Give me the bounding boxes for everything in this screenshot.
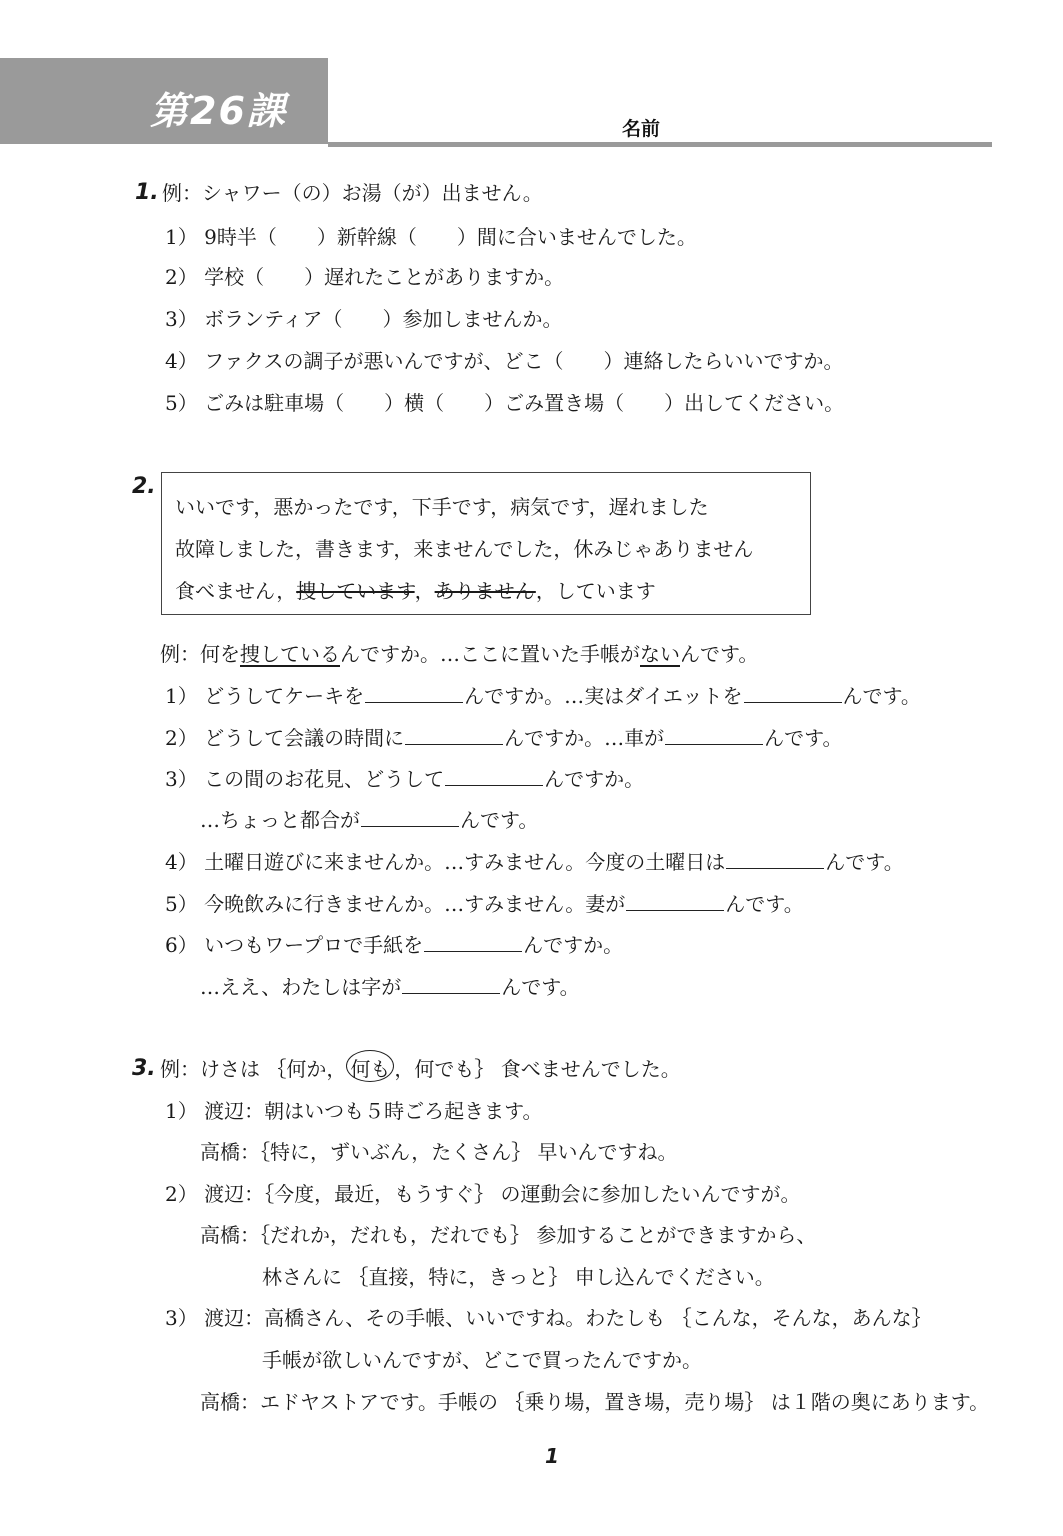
section3-item-3-line-3[interactable]: 高橋：エドヤストアです。手帳の ｛乗り場，置き場，売り場｝ は１階の奥にあります… bbox=[200, 1389, 989, 1415]
section2-example: 例：何を捜しているんですか。…ここに置いた手帳がないんです。 bbox=[160, 641, 758, 667]
section2-item-3: 3） この間のお花見、どうしてんですか。 bbox=[165, 765, 644, 792]
answer-blank[interactable] bbox=[361, 806, 459, 827]
word-box-line-1: いいです，悪かったです，下手です，病気です，遅れました bbox=[175, 494, 709, 520]
section1-item-5[interactable]: 5） ごみは駐車場（ ）横（ ）ごみ置き場（ ）出してください。 bbox=[165, 390, 844, 416]
section2-item-5: 5） 今晩飲みに行きませんか。…すみません。妻がんです。 bbox=[165, 890, 804, 917]
section1-item-2[interactable]: 2） 学校（ ）遅れたことがありますか。 bbox=[165, 264, 564, 290]
section3-item-3-line-2[interactable]: 手帳が欲しいんですが、どこで買ったんですか。 bbox=[262, 1347, 702, 1373]
answer-blank[interactable] bbox=[726, 848, 824, 869]
section2-number: 2. bbox=[132, 474, 156, 499]
word-box-line-3: 食べません，捜しています，ありません，しています bbox=[175, 578, 656, 604]
section1-example: 例：シャワー（の）お湯（が）出ません。 bbox=[162, 180, 543, 206]
section1-item-1[interactable]: 1） 9時半（ ）新幹線（ ）間に合いませんでした。 bbox=[165, 224, 697, 250]
section3-item-3-line-1[interactable]: 3） 渡辺：高橋さん、その手帳、いいですね。わたしも ｛こんな，そんな，あんな｝ bbox=[165, 1305, 932, 1331]
example-answer: ない bbox=[640, 642, 680, 666]
example-answer: が bbox=[402, 181, 422, 205]
section2-item-6: 6） いつもワープロで手紙をんですか。 bbox=[165, 931, 623, 958]
section3-item-2-line-1[interactable]: 2） 渡辺：｛今度，最近，もうすぐ｝ の運動会に参加したいんですが。 bbox=[165, 1181, 800, 1207]
section3-item-2-line-3[interactable]: 林さんに ｛直接，特に，きっと｝ 申し込んでください。 bbox=[262, 1264, 775, 1290]
example-answer: 捜している bbox=[240, 642, 340, 666]
answer-blank[interactable] bbox=[445, 765, 543, 786]
answer-blank[interactable] bbox=[365, 682, 463, 703]
section1-number: 1. bbox=[135, 180, 159, 205]
page-number: 1 bbox=[545, 1444, 559, 1468]
answer-blank[interactable] bbox=[626, 890, 724, 911]
answer-blank[interactable] bbox=[405, 724, 503, 745]
header-rule bbox=[328, 142, 992, 147]
answer-blank[interactable] bbox=[424, 931, 522, 952]
section2-item-3-reply: …ちょっと都合がんです。 bbox=[200, 806, 538, 833]
lesson-title: 第26課 bbox=[150, 80, 287, 135]
section3-item-1-line-1[interactable]: 1） 渡辺：朝はいつも５時ごろ起きます。 bbox=[165, 1098, 543, 1124]
used-word: ありません bbox=[435, 579, 536, 603]
circled-answer: 何も bbox=[346, 1050, 394, 1082]
section2-item-4: 4） 土曜日遊びに来ませんか。…すみません。今度の土曜日はんです。 bbox=[165, 848, 904, 875]
section2-item-6-reply: …ええ、わたしは字がんです。 bbox=[200, 973, 580, 1000]
section3-example: 例：けさは ｛何か，何も，何でも｝ 食べませんでした。 bbox=[160, 1056, 681, 1082]
section3-item-1-line-2[interactable]: 高橋：｛特に，ずいぶん，たくさん｝ 早いんですね。 bbox=[200, 1139, 678, 1165]
example-answer: の bbox=[302, 181, 322, 205]
section1-item-4[interactable]: 4） ファクスの調子が悪いんですが、どこ（ ）連絡したらいいですか。 bbox=[165, 348, 844, 374]
answer-blank[interactable] bbox=[744, 682, 842, 703]
section3-number: 3. bbox=[132, 1056, 156, 1081]
word-box-line-2: 故障しました，書きます，来ませんでした，休みじゃありません bbox=[175, 536, 753, 562]
answer-blank[interactable] bbox=[665, 724, 763, 745]
section3-item-2-line-2[interactable]: 高橋：｛だれか，だれも，だれでも｝ 参加することができますから、 bbox=[200, 1222, 816, 1248]
section2-item-1: 1） どうしてケーキをんですか。…実はダイエットをんです。 bbox=[165, 682, 921, 709]
name-label: 名前 bbox=[622, 114, 660, 141]
section1-item-3[interactable]: 3） ボランティア（ ）参加しませんか。 bbox=[165, 306, 563, 332]
answer-blank[interactable] bbox=[402, 973, 500, 994]
section2-item-2: 2） どうして会議の時間にんですか。…車がんです。 bbox=[165, 724, 843, 751]
used-word: 捜しています bbox=[296, 579, 414, 603]
